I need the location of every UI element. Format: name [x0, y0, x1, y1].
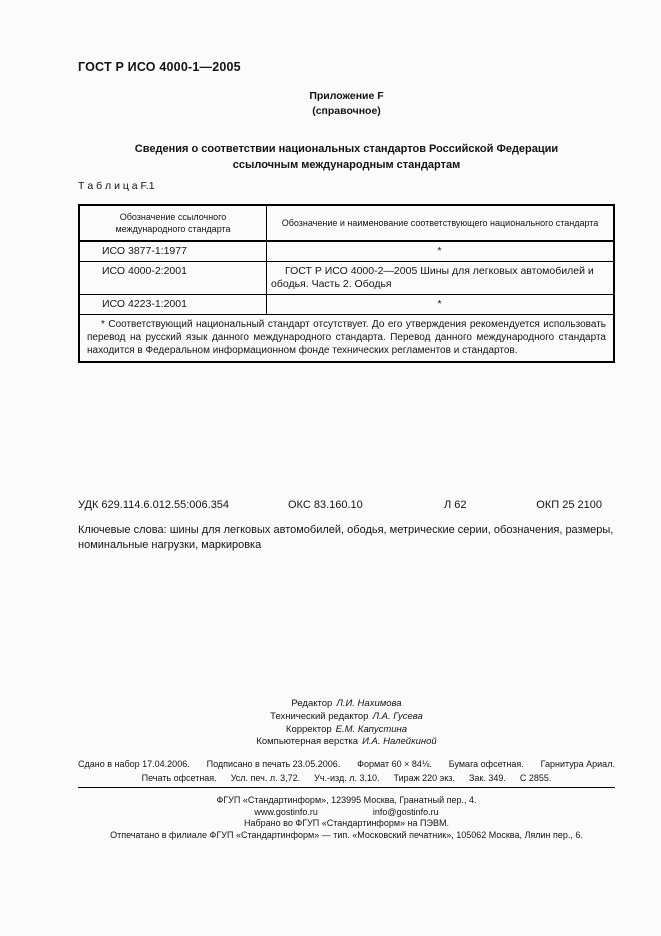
- staff-role: Редактор: [291, 698, 332, 709]
- annex-heading: Приложение F (справочное): [78, 89, 615, 119]
- imprint-circulation: Тираж 220 экз.: [394, 773, 455, 783]
- annex-kind: (справочное): [78, 104, 615, 119]
- imprint-typeface: Гарнитура Ариал.: [541, 759, 615, 769]
- staff-credits: РедакторЛ.И. Нахимова Технический редакт…: [78, 698, 615, 749]
- imprint-print-date: Подписано в печать 23.05.2006.: [207, 759, 341, 769]
- staff-name: Е.М. Капустина: [336, 724, 407, 735]
- imprint-order-number: Зак. 349.: [469, 773, 506, 783]
- table-label: Т а б л и ц а F.1: [78, 180, 155, 192]
- doc-code: ГОСТ Р ИСО 4000-1—2005: [78, 60, 241, 74]
- publisher-address: ФГУП «Стандартинформ», 123995 Москва, Гр…: [78, 795, 615, 807]
- publisher-block: ФГУП «Стандартинформ», 123995 Москва, Гр…: [78, 795, 615, 841]
- keywords-line1: Ключевые слова: шины для легковых автомо…: [78, 523, 615, 538]
- staff-line-technical-editor: Технический редакторЛ.А. Гусева: [78, 711, 615, 724]
- staff-name: Л.И. Нахимова: [336, 698, 401, 709]
- national-standard-cell: *: [267, 241, 615, 262]
- staff-line-editor: РедакторЛ.И. Нахимова: [78, 698, 615, 711]
- col-header-national-standard: Обозначение и наименование соответствующ…: [267, 205, 615, 241]
- table-row: ИСО 3877-1:1977 *: [79, 241, 614, 262]
- imprint-c-number: С 2855.: [520, 773, 552, 783]
- section-title-line1: Сведения о соответствии национальных ста…: [78, 142, 615, 158]
- publisher-printed-note: Отпечатано в филиале ФГУП «Стандартинфор…: [78, 830, 615, 842]
- national-standard-cell: *: [267, 295, 615, 315]
- intl-standard-cell: ИСО 4000-2:2001: [79, 262, 267, 295]
- imprint-line1: Сдано в набор 17.04.2006. Подписано в пе…: [78, 759, 615, 769]
- oks-code: ОКС 83.160.10: [288, 499, 363, 511]
- annex-label: Приложение F: [78, 89, 615, 104]
- staff-role: Технический редактор: [270, 711, 368, 722]
- table-row: ИСО 4223-1:2001 *: [79, 295, 614, 315]
- table-header-row: Обозначение ссылочного международного ст…: [79, 205, 614, 241]
- staff-role: Компьютерная верстка: [256, 736, 358, 747]
- imprint-printed-sheets: Усл. печ. л. 3,72.: [231, 773, 300, 783]
- document-page: ГОСТ Р ИСО 4000-1—2005 Приложение F (спр…: [0, 0, 661, 936]
- publisher-website: www.gostinfo.ru: [254, 807, 318, 819]
- col-header-intl-standard: Обозначение ссылочного международного ст…: [79, 205, 267, 241]
- imprint-publisher-sheets: Уч.-изд. л. 3,10.: [314, 773, 379, 783]
- classification-codes-row: УДК 629.114.6.012.55:006.354 ОКС 83.160.…: [78, 499, 615, 513]
- staff-line-layout: Компьютерная версткаИ.А. Налейкиной: [78, 736, 615, 749]
- correspondence-table: Обозначение ссылочного международного ст…: [78, 204, 615, 363]
- footer-divider: [78, 787, 615, 788]
- table-row: ИСО 4000-2:2001 ГОСТ Р ИСО 4000-2—2005 Ш…: [79, 262, 614, 295]
- udk-code: УДК 629.114.6.012.55:006.354: [78, 499, 229, 511]
- publisher-contacts: www.gostinfo.ru info@gostinfo.ru: [78, 807, 615, 819]
- table-footnote-row: * Соответствующий национальный стандарт …: [79, 315, 614, 363]
- keywords-line2: номинальные нагрузки, маркировка: [78, 538, 615, 553]
- intl-standard-cell: ИСО 3877-1:1977: [79, 241, 267, 262]
- publisher-email: info@gostinfo.ru: [373, 807, 439, 819]
- imprint-line2: Печать офсетная. Усл. печ. л. 3,72. Уч.-…: [78, 773, 615, 783]
- table-footnote: * Соответствующий национальный стандарт …: [79, 315, 614, 363]
- staff-name: Л.А. Гусева: [372, 711, 422, 722]
- section-title: Сведения о соответствии национальных ста…: [78, 142, 615, 173]
- staff-role: Корректор: [286, 724, 332, 735]
- section-title-line2: ссылочным международным стандартам: [78, 158, 615, 174]
- imprint-print-method: Печать офсетная.: [142, 773, 217, 783]
- intl-standard-cell: ИСО 4223-1:2001: [79, 295, 267, 315]
- keywords-paragraph: Ключевые слова: шины для легковых автомо…: [78, 523, 615, 553]
- imprint-typeset-date: Сдано в набор 17.04.2006.: [78, 759, 190, 769]
- classifier-code: Л 62: [444, 499, 467, 511]
- imprint-paper: Бумага офсетная.: [449, 759, 524, 769]
- okp-code: ОКП 25 2100: [536, 499, 602, 511]
- publisher-typeset-note: Набрано во ФГУП «Стандартинформ» на ПЭВМ…: [78, 818, 615, 830]
- staff-line-proofreader: КорректорЕ.М. Капустина: [78, 724, 615, 737]
- staff-name: И.А. Налейкиной: [362, 736, 437, 747]
- imprint-format: Формат 60 × 84⅛.: [357, 759, 432, 769]
- national-standard-cell: ГОСТ Р ИСО 4000-2—2005 Шины для легковых…: [267, 262, 615, 295]
